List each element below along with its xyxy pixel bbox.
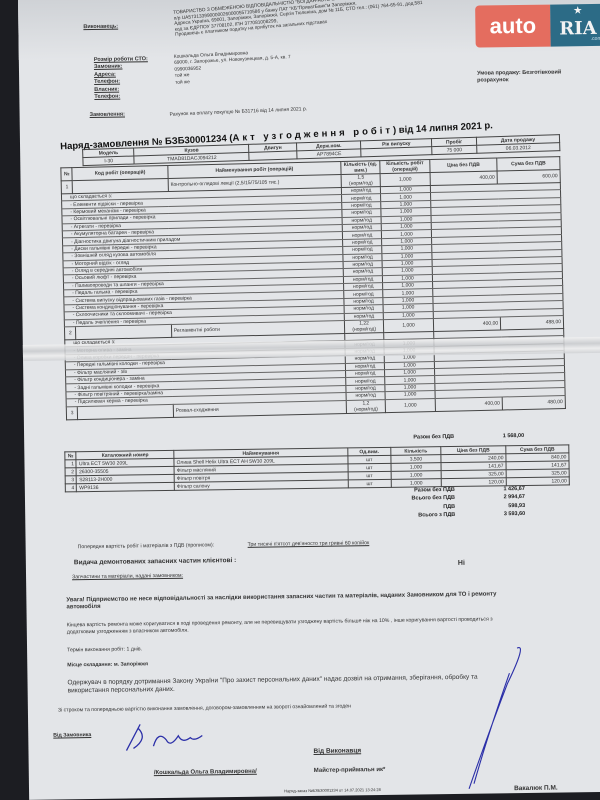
works-header: Кількість (од. вим.) — [341, 161, 380, 175]
warning-text: Увага! Підприємство не несе відповідальн… — [66, 591, 516, 611]
customer-materials-label: Запчастини та матеріали, надані замовник… — [72, 573, 183, 582]
work-number: 3 — [66, 406, 78, 419]
vehicle-value: AP7894CE — [297, 149, 361, 159]
watermark-ria: ★ RIA .com — [550, 4, 600, 47]
work-qty: 1,22(норм/год) — [345, 320, 384, 334]
field-label: Телефон: — [94, 93, 148, 101]
orderer-label: Замовлення: — [90, 112, 125, 118]
part-price: 120,00 — [441, 478, 506, 487]
work-count: 1,000 — [384, 319, 434, 333]
total-label: Всього з ПДВ — [365, 512, 455, 522]
work-number: 1 — [61, 181, 73, 194]
part-code: WP9136 — [77, 482, 175, 491]
qty-unit: (норм/год) — [344, 180, 378, 187]
customer-signature — [118, 717, 209, 758]
total-value: 3 593,60 — [455, 511, 525, 520]
grand-totals: Разом без ПДВ1 426,67Всього без ПДВ2 994… — [365, 486, 525, 521]
parts-issue-value: Ні — [458, 560, 465, 567]
document-page: Виконавець: ТОВАРИСТВО З ОБМЕЖЕНОЮ ВІДПО… — [18, 0, 600, 800]
qty-unit: (норм/год) — [349, 406, 383, 413]
total-row: Всього з ПДВ3 593,60 — [365, 511, 525, 522]
work-count: 1,000 — [380, 173, 430, 187]
customer-side-label: Від Замовника — [53, 732, 91, 740]
customer-name: /Кошкальда Ольга Владимировна/ — [154, 769, 257, 777]
work-sum: 480,00 — [502, 395, 565, 409]
final-cost-note: Кінцева вартість ремонта може коригувати… — [67, 616, 507, 636]
seller-label: Виконавець: — [83, 24, 118, 30]
work-price: 400,00 — [435, 397, 502, 412]
work-number: 2 — [64, 327, 76, 340]
work-qty: 1,2(норм/год) — [346, 399, 385, 413]
part-unit: шт — [348, 479, 391, 488]
autoria-watermark: auto ★ RIA .com — [475, 4, 600, 48]
works-table: №Код робіт (операцій)Найменування робіт … — [60, 156, 566, 420]
vehicle-value — [249, 151, 297, 160]
contractor-side-label: Від Виконавця — [313, 747, 361, 755]
work-name: Розвал-сходження — [173, 400, 347, 417]
place-text: Місце складання: м. Запоріжжя — [67, 661, 148, 669]
contractor-signature — [447, 643, 539, 794]
works-header: № — [61, 168, 73, 181]
star-icon: ★ — [574, 6, 582, 16]
works-header: Кількість робіт (операцій) — [380, 160, 430, 174]
part-number: 1 — [65, 460, 77, 468]
parts-issue-label: Видача демонтованих запасних частин кліє… — [74, 557, 237, 566]
part-number: 4 — [65, 484, 77, 492]
term-text: Термін виконання робіт: 1 днів. — [67, 646, 142, 654]
part-name: Фільтр салону — [174, 480, 348, 490]
parts-header: № — [65, 452, 77, 460]
parts-table: №Каталожний номерНайменуванняОд.вим.Кіль… — [64, 444, 570, 492]
work-qty: 1,5(норм/год) — [341, 174, 380, 188]
work-count: 1,000 — [385, 398, 435, 412]
customer-details: Кошкальда Ольга Владимировна69000, г. За… — [174, 49, 292, 87]
master-name: Вакалюк П.М. — [514, 785, 558, 793]
vehicle-value: 06.03.2012 — [477, 143, 560, 154]
customer-labels: Розмір роботи СТО:Замовник:Адреса:Телефо… — [94, 56, 149, 101]
master-label: Майстер-приймальн ик* — [314, 767, 404, 775]
seller-details: ТОВАРИСТВО З ОБМЕЖЕНОЮ ВІДПОВІДАЛЬНІСТЮ … — [173, 0, 474, 39]
part-number: 3 — [65, 476, 77, 484]
print-note: Наряд-заказ №БЗБ30001234 от 14.07.2021 1… — [284, 786, 381, 794]
works-total: Разом без ПДВ1 568,00 — [364, 433, 524, 444]
invoice-reference: Рахунок на оплату покупцю № Б31716 від 1… — [170, 106, 308, 118]
vehicle-value: I-30 — [83, 156, 135, 166]
prelim-cost-label: Попередня вартість робіт і матеріалів з … — [78, 542, 215, 551]
watermark-auto: auto — [475, 5, 551, 48]
agreement-text: Зі строком та попередньою вартістю викон… — [58, 702, 458, 715]
vehicle-value — [361, 147, 432, 157]
prelim-cost-value: Три тисячі п'ятсот дев'яносто три гривні… — [248, 540, 370, 549]
work-code — [78, 404, 174, 419]
vehicle-value: 75 000 — [432, 145, 477, 154]
qty-unit: (норм/год) — [347, 326, 381, 333]
part-qty: 1,000 — [391, 479, 441, 488]
part-number: 2 — [65, 468, 77, 476]
part-sum: 120,00 — [506, 477, 569, 486]
sale-terms: Умова продажу: Безготівковий розрахунок — [477, 69, 587, 85]
